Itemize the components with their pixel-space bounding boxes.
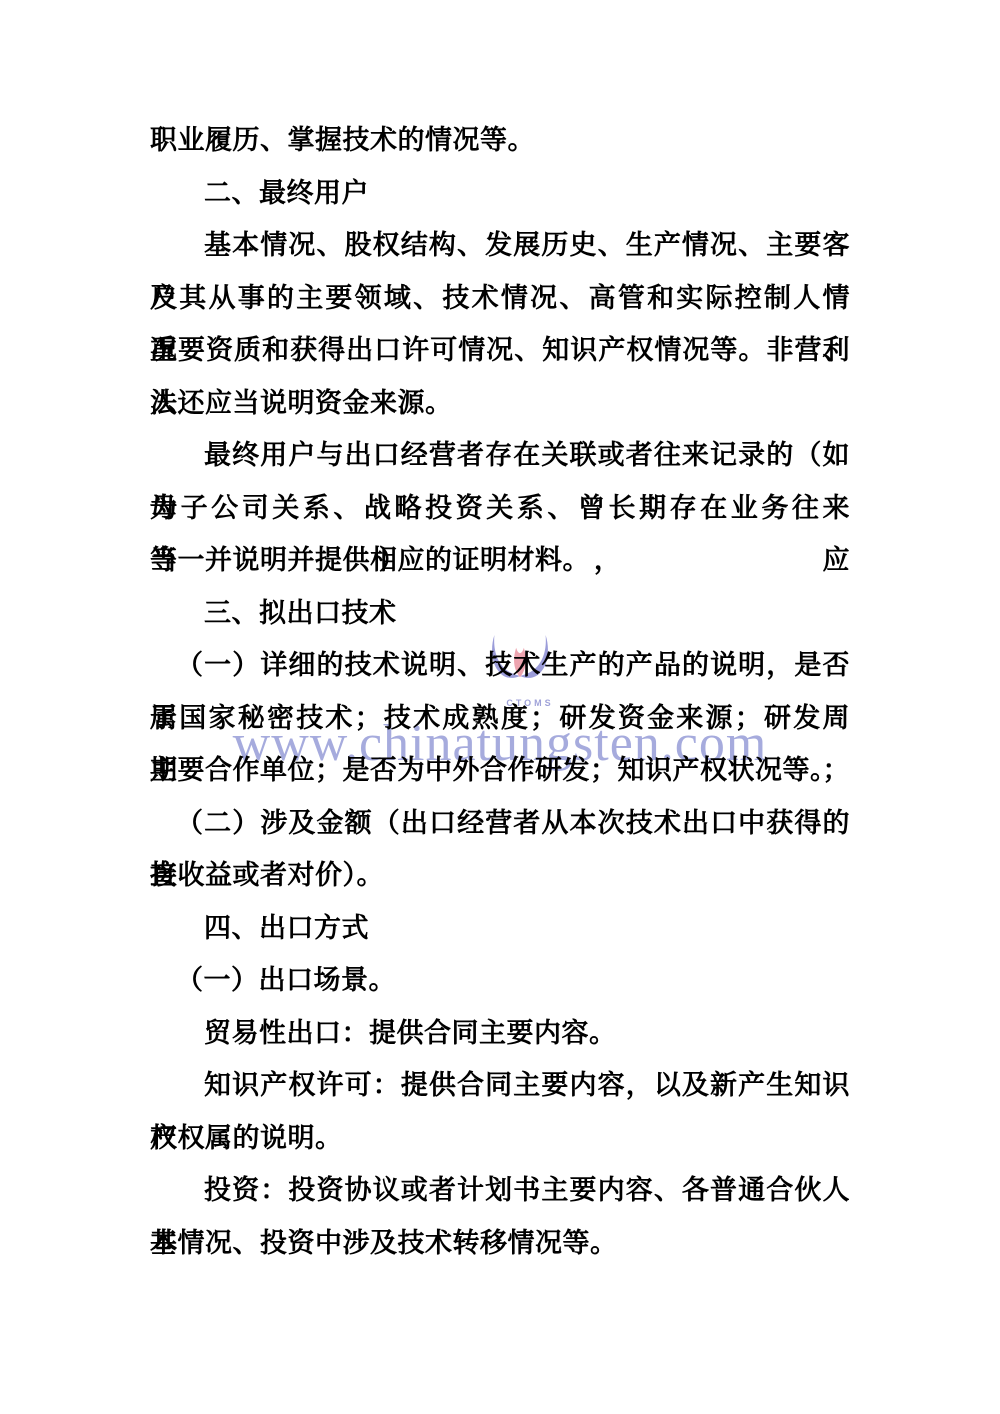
text-line: 基本情况、股权结构、发展历史、生产情况、主要客户 (150, 219, 850, 272)
text-line-heading: 四、出口方式 (150, 902, 850, 955)
text-line: 及其从事的主要领域、技术情况、高管和实际控制人情况、 (150, 272, 850, 325)
text-line: 主要合作单位；是否为中外合作研发；知识产权状况等。 (150, 744, 850, 797)
text-line: （一）出口场景。 (150, 954, 850, 1007)
text-line-heading: 三、拟出口技术 (150, 587, 850, 640)
text-line: 职业履历、掌握技术的情况等。 (150, 114, 850, 167)
document-page: CTOMS www.chinatungsten.com 职业履历、掌握技术的情况… (0, 0, 1000, 1414)
document-text-block: 职业履历、掌握技术的情况等。 二、最终用户 基本情况、股权结构、发展历史、生产情… (150, 114, 850, 1269)
text-line: 投资：投资协议或者计划书主要内容、各普通合伙人基 (150, 1164, 850, 1217)
text-line: 权权属的说明。 (150, 1112, 850, 1165)
text-line: 重要资质和获得出口许可情况、知识产权情况等。非营利法 (150, 324, 850, 377)
text-line: 人还应当说明资金来源。 (150, 377, 850, 430)
text-line: （二）涉及金额（出口经营者从本次技术出口中获得的直 (150, 797, 850, 850)
text-line-heading: 二、最终用户 (150, 167, 850, 220)
text-line: 于国家秘密技术；技术成熟度；研发资金来源；研发周期； (150, 692, 850, 745)
text-line: 接收益或者对价）。 (150, 849, 850, 902)
text-line: （一）详细的技术说明、技术生产的产品的说明，是否属 (150, 639, 850, 692)
text-line: 本情况、投资中涉及技术转移情况等。 (150, 1217, 850, 1270)
text-line: 母子公司关系、战略投资关系、曾长期存在业务往来等），应 (150, 482, 850, 535)
text-line: 最终用户与出口经营者存在关联或者往来记录的（如为 (150, 429, 850, 482)
text-line: 知识产权许可：提供合同主要内容，以及新产生知识产 (150, 1059, 850, 1112)
text-line: 贸易性出口：提供合同主要内容。 (150, 1007, 850, 1060)
